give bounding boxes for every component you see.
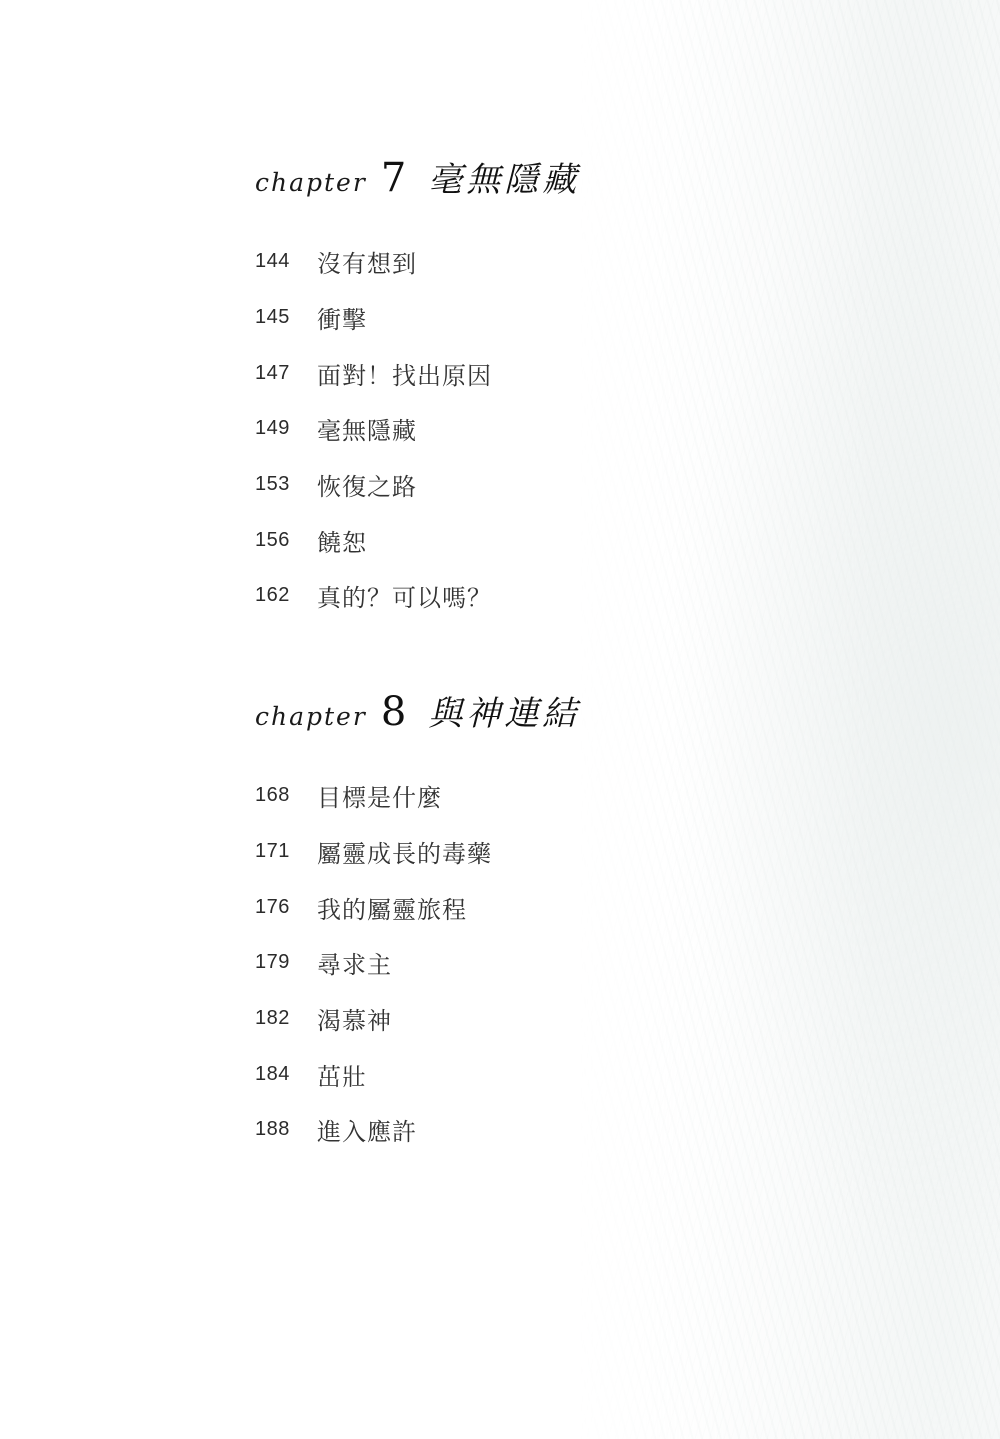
entry-title: 屬靈成長的毒藥: [317, 834, 492, 869]
chapter-label: chapter: [255, 168, 367, 197]
entry-title: 我的屬靈旅程: [317, 890, 467, 925]
page-number: 184: [255, 1063, 317, 1086]
toc-entry[interactable]: 145 衝擊: [255, 290, 580, 346]
page-number: 144: [255, 250, 317, 273]
toc-entry[interactable]: 182 渴慕神: [255, 991, 580, 1047]
chapter-8-section: chapter 8 與神連結 168 目標是什麼 171 屬靈成長的毒藥 176…: [255, 686, 580, 1158]
toc-entry[interactable]: 176 我的屬靈旅程: [255, 879, 580, 935]
page-number: 179: [255, 951, 317, 974]
toc-entry[interactable]: 147 面對！找出原因: [255, 345, 580, 401]
page-number: 171: [255, 840, 317, 863]
toc-entry[interactable]: 149 毫無隱藏: [255, 401, 580, 457]
entry-title: 面對！找出原因: [317, 356, 492, 391]
page-number: 168: [255, 784, 317, 807]
entry-title: 渴慕神: [317, 1001, 392, 1036]
entry-title: 茁壯: [317, 1057, 367, 1092]
entry-title: 毫無隱藏: [317, 411, 417, 446]
chapter-7-section: chapter 7 毫無隱藏 144 沒有想到 145 衝擊 147 面對！找出…: [255, 152, 580, 624]
toc-entry[interactable]: 162 真的？可以嗎？: [255, 568, 580, 624]
chapter-number: 7: [381, 155, 406, 201]
page-number: 147: [255, 362, 317, 385]
chapter-title: 與神連結: [428, 686, 580, 735]
page-number: 162: [255, 584, 317, 607]
entry-title: 尋求主: [317, 945, 392, 980]
entry-title: 恢復之路: [317, 467, 417, 502]
page-number: 149: [255, 417, 317, 440]
entry-title: 衝擊: [317, 300, 367, 335]
toc-entry[interactable]: 144 沒有想到: [255, 234, 580, 290]
chapter-heading: chapter 8 與神連結: [255, 686, 580, 746]
toc-entries: 168 目標是什麼 171 屬靈成長的毒藥 176 我的屬靈旅程 179 尋求主…: [255, 768, 580, 1158]
chapter-label: chapter: [255, 702, 367, 731]
entry-title: 真的？可以嗎？: [317, 578, 492, 613]
toc-entry[interactable]: 168 目標是什麼: [255, 768, 580, 824]
page-number: 188: [255, 1118, 317, 1141]
page-number: 182: [255, 1007, 317, 1030]
toc-entry[interactable]: 179 尋求主: [255, 935, 580, 991]
toc-entry[interactable]: 153 恢復之路: [255, 457, 580, 513]
toc-entry[interactable]: 184 茁壯: [255, 1046, 580, 1102]
entry-title: 饒恕: [317, 523, 367, 558]
page-number: 145: [255, 306, 317, 329]
toc-entry[interactable]: 156 饒恕: [255, 512, 580, 568]
entry-title: 目標是什麼: [317, 778, 442, 813]
page-number: 153: [255, 473, 317, 496]
entry-title: 沒有想到: [317, 244, 417, 279]
page-number: 176: [255, 896, 317, 919]
toc-entry[interactable]: 188 進入應許: [255, 1102, 580, 1158]
chapter-title: 毫無隱藏: [428, 152, 580, 201]
toc-entries: 144 沒有想到 145 衝擊 147 面對！找出原因 149 毫無隱藏 153…: [255, 234, 580, 624]
chapter-heading: chapter 7 毫無隱藏: [255, 152, 580, 212]
leather-texture-background: [580, 0, 1000, 1439]
toc-entry[interactable]: 171 屬靈成長的毒藥: [255, 824, 580, 880]
entry-title: 進入應許: [317, 1112, 417, 1147]
chapter-number: 8: [381, 689, 406, 735]
page-number: 156: [255, 529, 317, 552]
